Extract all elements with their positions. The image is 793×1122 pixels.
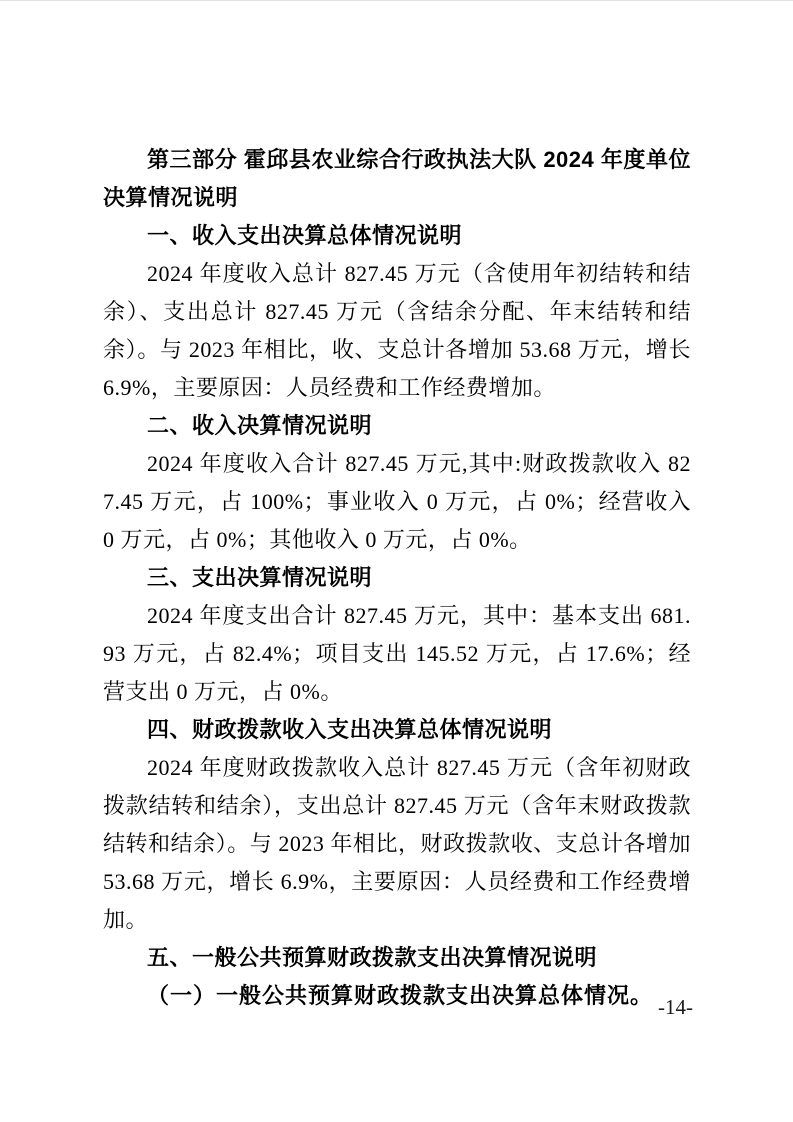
section-heading-1: 一、收入支出决算总体情况说明 (103, 217, 691, 255)
section-heading-2: 二、收入决算情况说明 (103, 407, 691, 445)
sub-heading-5-1: （一）一般公共预算财政拨款支出决算总体情况。 (103, 977, 691, 1015)
paragraph-income-expense-overview: 2024 年度收入总计 827.45 万元（含使用年初结转和结余）、支出总计 8… (103, 255, 691, 407)
document-body: 第三部分 霍邱县农业综合行政执法大队 2024 年度单位决算情况说明 一、收入支… (103, 141, 691, 1015)
paragraph-income-detail: 2024 年度收入合计 827.45 万元,其中:财政拨款收入 827.45 万… (103, 445, 691, 559)
section-heading-3: 三、支出决算情况说明 (103, 559, 691, 597)
section-heading-4: 四、财政拨款收入支出决算总体情况说明 (103, 711, 691, 749)
paragraph-fiscal-appropriation-overview: 2024 年度财政拨款收入总计 827.45 万元（含年初财政拨款结转和结余），… (103, 749, 691, 939)
section-heading-5: 五、一般公共预算财政拨款支出决算情况说明 (103, 939, 691, 977)
part-title: 第三部分 霍邱县农业综合行政执法大队 2024 年度单位决算情况说明 (103, 141, 691, 217)
page-number: -14- (658, 993, 693, 1021)
paragraph-expense-detail: 2024 年度支出合计 827.45 万元，其中：基本支出 681.93 万元，… (103, 597, 691, 711)
document-page: 第三部分 霍邱县农业综合行政执法大队 2024 年度单位决算情况说明 一、收入支… (0, 0, 793, 1122)
